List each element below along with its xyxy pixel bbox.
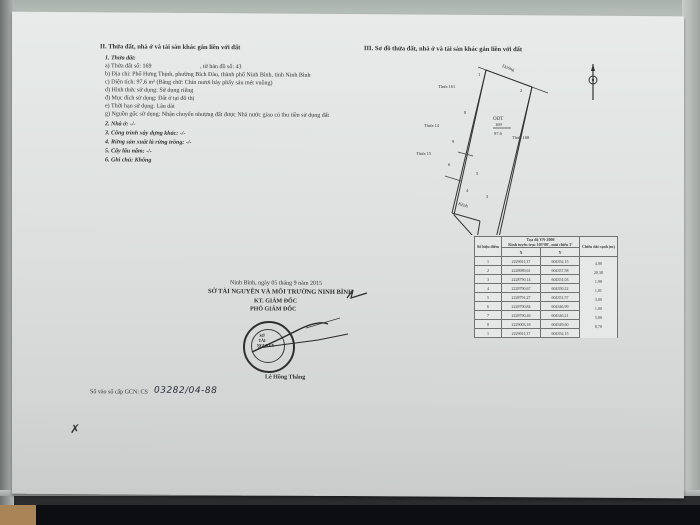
coord-cell-y: 604349,60 — [541, 320, 580, 329]
coord-cell-y: 604346,21 — [541, 311, 580, 320]
canal-label: Kênh — [458, 201, 469, 209]
coord-cell-point: 1 — [475, 329, 502, 338]
neighbor-mid-left: Thửa 14 — [424, 123, 440, 128]
coord-cell-y: 604351,03 — [541, 275, 580, 284]
parcel-number-label: 169 — [495, 122, 503, 127]
vertex-1: 1 — [478, 72, 480, 77]
vertex-8: 8 — [464, 110, 467, 115]
coord-cell-distance: 1,00 — [580, 302, 618, 311]
coord-cell-point: 2 — [475, 266, 502, 275]
header-point: Số hiệu điểm — [475, 237, 502, 257]
coord-cell-point: 4 — [475, 284, 502, 293]
use-origin: g) Nguồn gốc sử dụng: Nhận chuyển nhượng… — [105, 110, 329, 120]
coordinate-row: 62228790,84604346,991,00 — [475, 302, 618, 311]
vertex-3: 3 — [486, 194, 489, 199]
coord-cell-distance: 1,98 — [580, 275, 618, 284]
coordinate-table: Số hiệu điểm Tọa độ VN-2000 Kinh tuyến t… — [474, 236, 618, 338]
coord-cell-y: 604351,57 — [541, 293, 580, 302]
coord-cell-y: 604352,15 — [541, 329, 580, 338]
coord-cell-point: 3 — [475, 275, 502, 284]
coord-cell-y: 604352,15 — [541, 257, 580, 266]
vertex-2: 2 — [520, 88, 522, 93]
coord-cell-point: 5 — [475, 293, 502, 302]
department-name: SỞ TÀI NGUYÊN VÀ MÔI TRƯỜNG NINH BÌNH — [208, 288, 353, 297]
header-y: Y — [541, 248, 580, 257]
coord-cell-distance — [580, 329, 618, 338]
signature-stroke — [248, 300, 358, 360]
vertex-6: 6 — [448, 162, 451, 167]
signer-name: Lê Hồng Thắng — [265, 373, 305, 381]
coord-cell-distance: 20,38 — [580, 266, 618, 275]
coord-cell-y: 604350,22 — [541, 284, 580, 293]
coord-cell-point: 6 — [475, 302, 502, 311]
house-line: 2. Nhà ở: -/- — [105, 120, 136, 128]
perennial-line: 5. Cây lâu năm: -/- — [105, 147, 152, 155]
desk-surface — [0, 505, 36, 525]
header-x: X — [502, 248, 541, 257]
registry-number: 03282/04-88 — [154, 386, 217, 396]
header-coordinate-system: Tọa độ VN-2000 Kinh tuyến trục 105°00', … — [502, 237, 580, 248]
coordinate-row: 22228989,61604357,5820,38 — [475, 266, 618, 275]
coordinate-row: 12229011,37604352,15 — [475, 329, 618, 338]
parcel-area-label: 97.6 — [494, 131, 503, 136]
registry-label: Số vào sổ cấp GCN: CS — [90, 388, 148, 396]
coord-cell-x: 2228790,84 — [502, 302, 541, 311]
neighbor-top-left: Thửa 161 — [438, 84, 455, 89]
parcel-map: Đường ODT 169 97.6 Thửa 161 Thửa 14 Thửa… — [400, 55, 610, 235]
coord-cell-x: 2228989,61 — [502, 266, 541, 275]
neighbor-bottom-left: Thửa 15 — [416, 151, 432, 156]
section3-heading: III. Sơ đồ thửa đất, nhà ở và tài sản kh… — [364, 45, 522, 54]
coord-cell-point: 8 — [475, 320, 502, 329]
land-title: 1. Thửa đất: — [105, 54, 136, 62]
photo-background-right — [682, 0, 700, 490]
vertex-5: 5 — [476, 171, 479, 176]
coord-cell-x: 2228790,46 — [502, 311, 541, 320]
coord-cell-distance: 8,70 — [580, 320, 618, 329]
coordinate-row: 32228790,14604351,031,98 — [475, 275, 618, 284]
coord-cell-y: 604357,58 — [541, 266, 580, 275]
vertex-4: 4 — [466, 188, 469, 193]
north-arrow-icon — [585, 62, 601, 102]
coord-cell-x: 2229011,37 — [502, 257, 541, 266]
coord-cell-point: 1 — [475, 257, 502, 266]
pen-mark: ✗ — [70, 422, 80, 436]
place-date: Ninh Bình, ngày 05 tháng 9 năm 2015 — [230, 279, 322, 288]
photo-background-bottom — [0, 505, 700, 525]
coordinate-row: 12229011,37604352,154,90 — [475, 257, 618, 266]
coord-cell-point: 7 — [475, 311, 502, 320]
coordinate-row: 82229003,18604349,608,70 — [475, 320, 618, 329]
coordinate-row: 52228791,27604351,573,00 — [475, 293, 618, 302]
neighbor-right: Thửa 168 — [512, 135, 530, 140]
vertex-9: 9 — [452, 139, 455, 144]
map-sheet-number: , tờ bản đồ số: 43 — [200, 63, 242, 71]
coord-cell-x: 2228790,14 — [502, 275, 541, 284]
section2-heading: II. Thửa đất, nhà ở và tài sản khác gắn … — [100, 43, 240, 52]
initial-mark — [345, 288, 370, 300]
forest-line: 4. Rừng sản xuất là rừng trồng: -/- — [105, 138, 192, 147]
coord-cell-x: 2229003,18 — [502, 320, 541, 329]
road-label: Đường — [502, 63, 516, 72]
coord-cell-x: 2228790,67 — [502, 284, 541, 293]
coord-cell-x: 2229011,37 — [502, 329, 541, 338]
coord-cell-distance: 4,90 — [580, 257, 618, 266]
header-distance: Chiều dài cạnh (m) — [580, 237, 618, 257]
coord-cell-distance: 5,00 — [580, 311, 618, 320]
coordinate-row: 72228790,46604346,215,00 — [475, 311, 618, 320]
coord-cell-distance: 3,00 — [580, 293, 618, 302]
construction-line: 3. Công trình xây dựng khác: -/- — [105, 129, 185, 138]
coord-cell-x: 2228791,27 — [502, 293, 541, 302]
coord-cell-distance: 1,01 — [580, 284, 618, 293]
coordinate-row: 42228790,67604350,221,01 — [475, 284, 618, 293]
notes-line: 6. Ghi chú: Không — [105, 156, 151, 164]
coord-cell-y: 604346,99 — [541, 302, 580, 311]
